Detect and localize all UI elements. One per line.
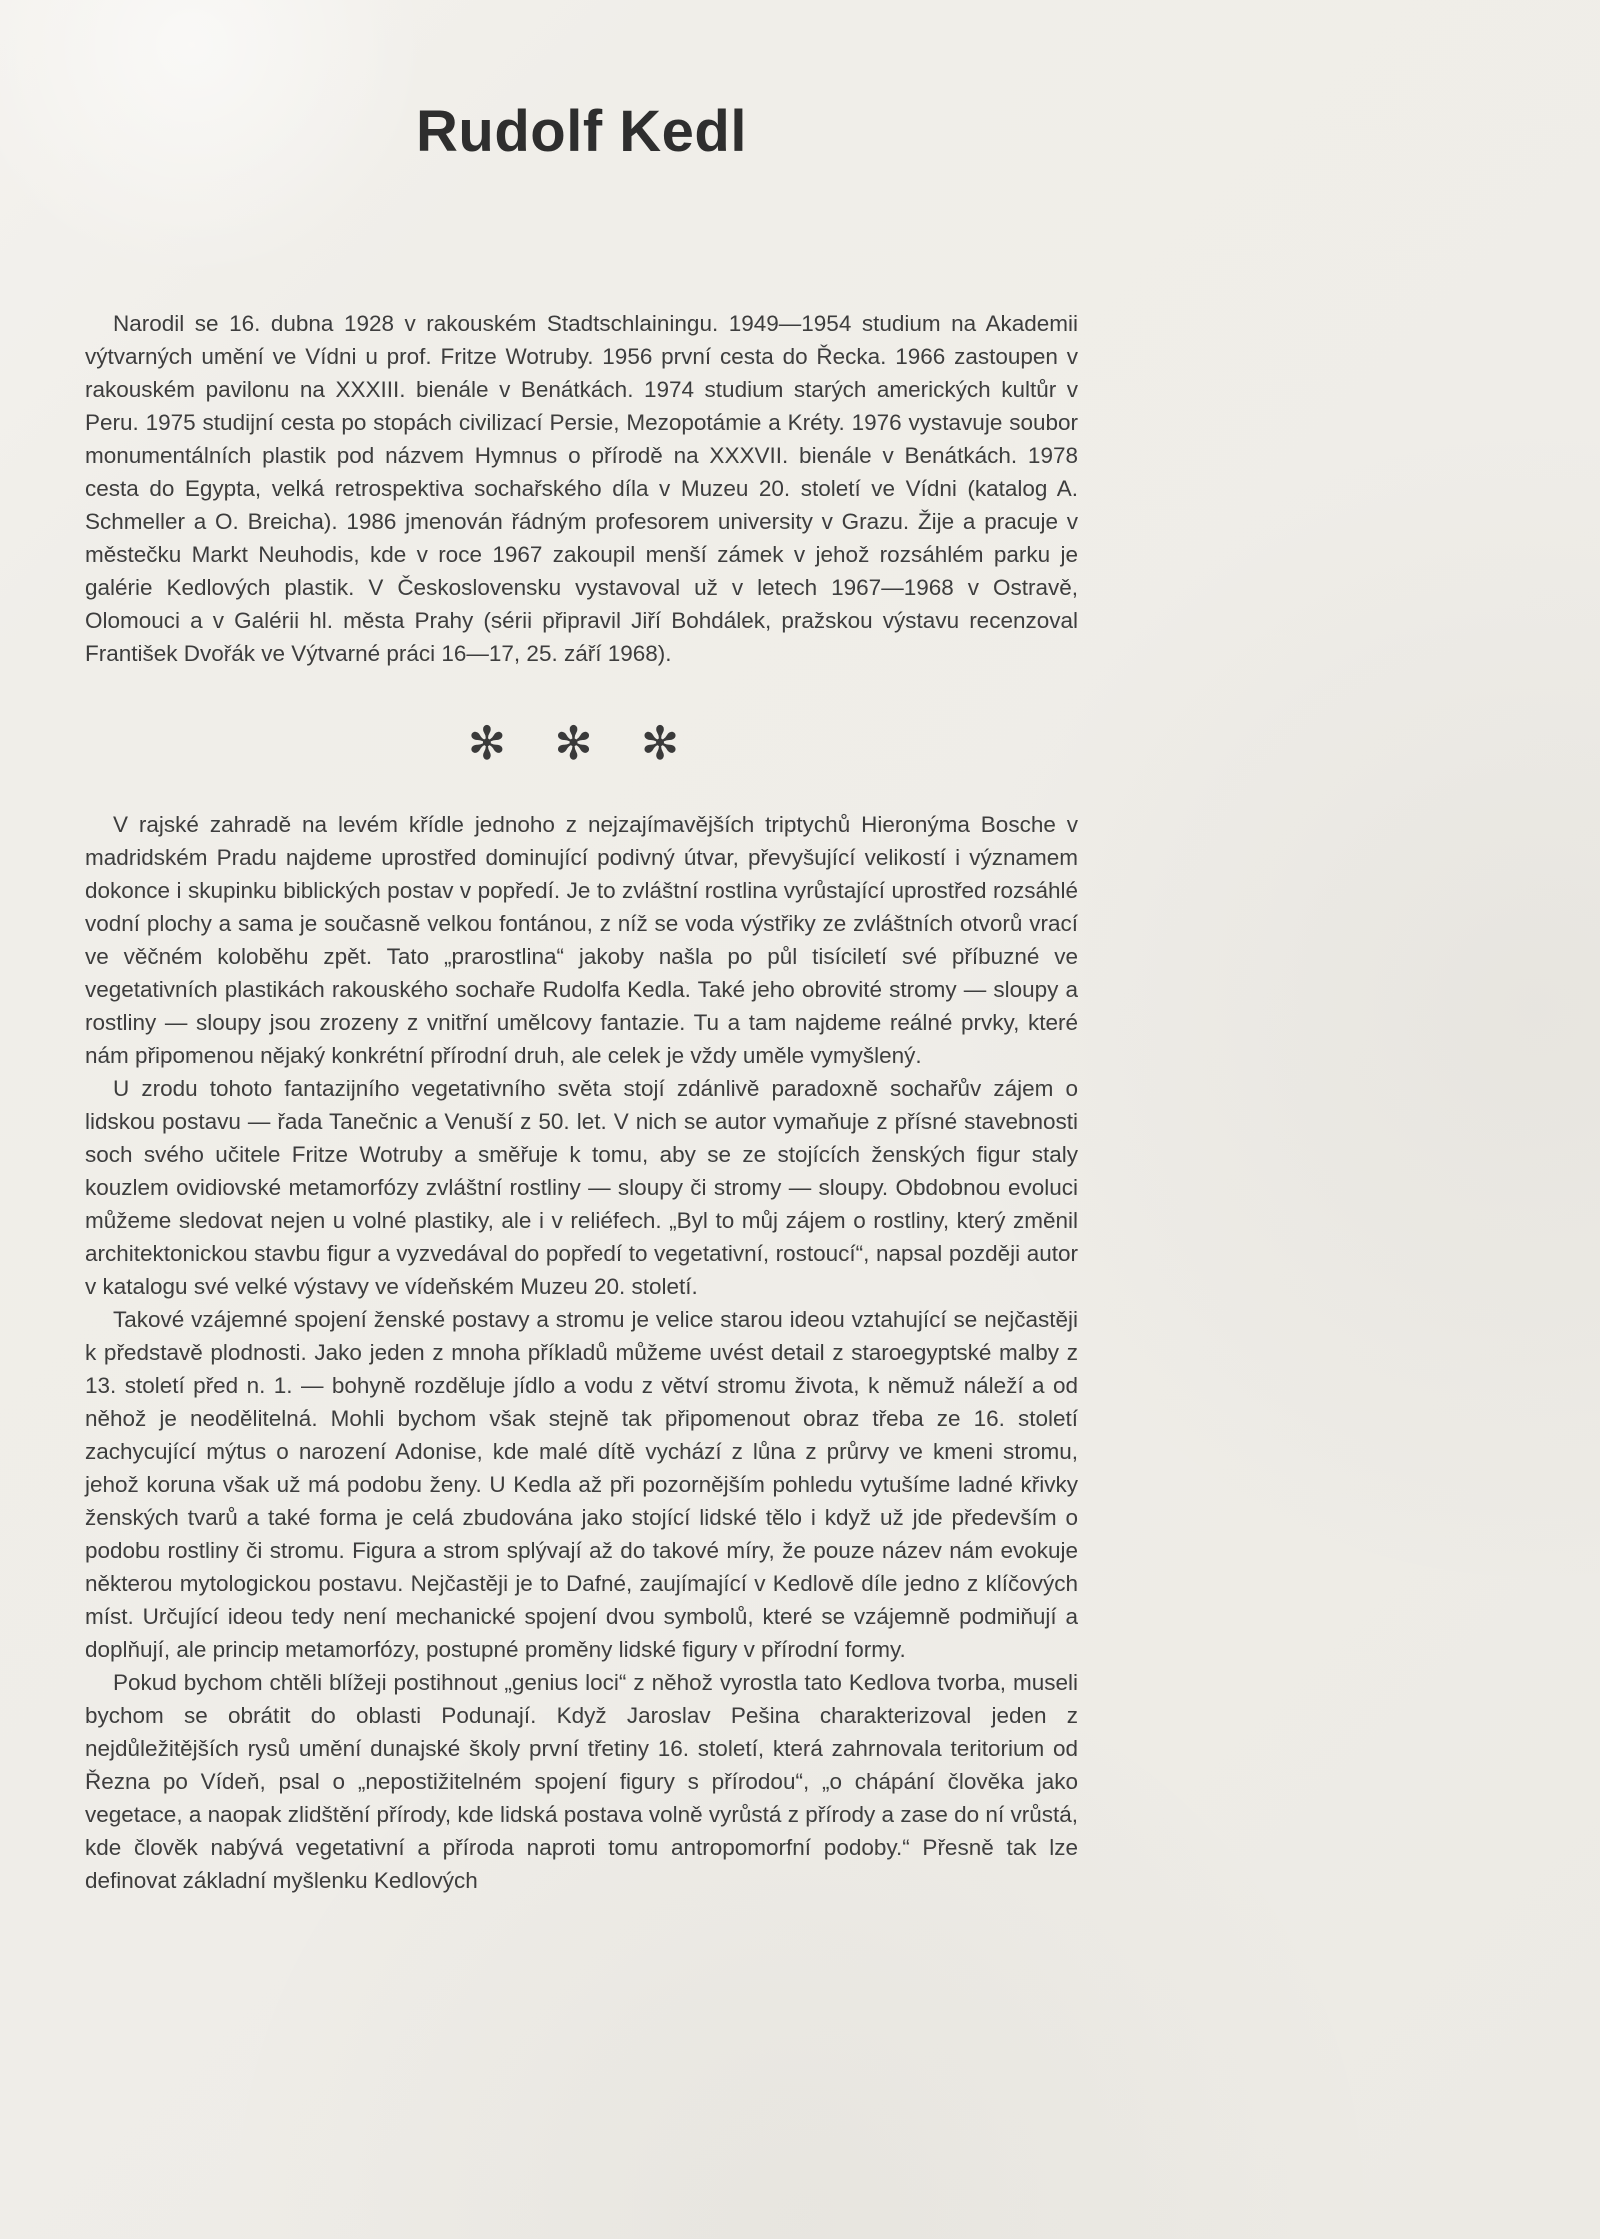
page-title: Rudolf Kedl: [85, 98, 1078, 165]
essay-paragraph: Takové vzájemné spojení ženské postavy a…: [85, 1303, 1078, 1666]
essay-paragraph: U zrodu tohoto fantazijního vegetativníh…: [85, 1072, 1078, 1303]
scanned-book-page: Rudolf Kedl Narodil se 16. dubna 1928 v …: [0, 0, 1600, 2239]
text-column: Rudolf Kedl Narodil se 16. dubna 1928 v …: [85, 0, 1078, 1897]
essay-paragraph: V rajské zahradě na levém křídle jednoho…: [85, 808, 1078, 1072]
asterisk-separator-icon: ✻ ✻ ✻: [85, 716, 1078, 770]
essay-paragraph: Pokud bychom chtěli blížeji postihnout „…: [85, 1666, 1078, 1897]
biography-paragraph: Narodil se 16. dubna 1928 v rakouském St…: [85, 307, 1078, 670]
essay-body: V rajské zahradě na levém křídle jednoho…: [85, 808, 1078, 1897]
